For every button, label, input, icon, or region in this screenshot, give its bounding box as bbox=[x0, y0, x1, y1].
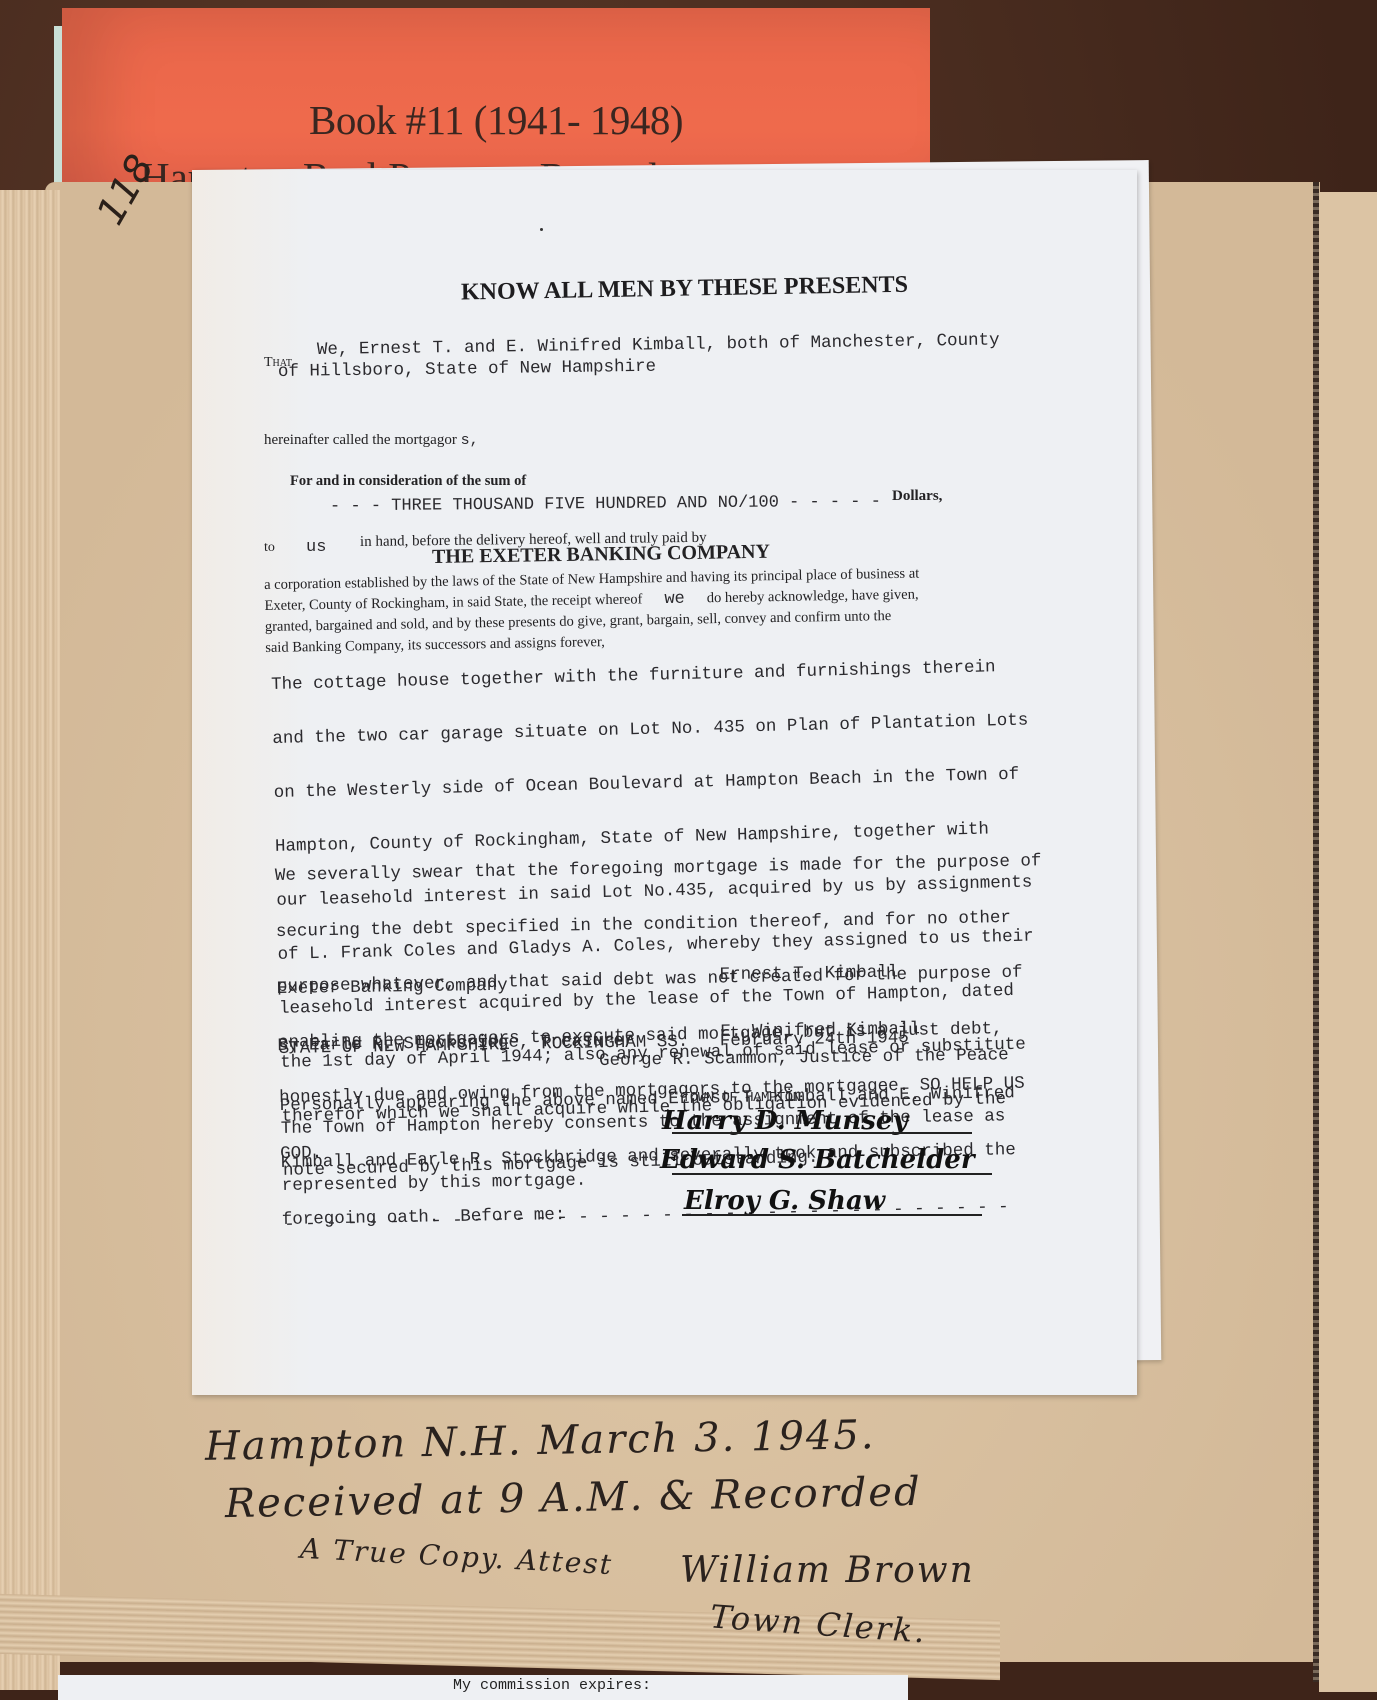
ack-state: STATE OF NEW HAMPSHIRE bbox=[279, 1035, 510, 1059]
book-page-right bbox=[1319, 192, 1377, 1692]
selectman-signature-3: Elroy G. Shaw bbox=[684, 1186, 885, 1216]
town-of-hampton-label: TOWN OF HAMPTON bbox=[682, 1090, 801, 1106]
underlying-sheet: My commission expires: bbox=[58, 1675, 908, 1700]
grantors-line-1: We, Ernest T. and E. Winifred Kimball, b… bbox=[317, 330, 1000, 360]
bank-name: THE EXETER BANKING COMPANY bbox=[432, 541, 770, 569]
property-line: and the two car garage situate on Lot No… bbox=[272, 711, 1028, 747]
signature-line bbox=[672, 1132, 972, 1134]
hereinafter-label: hereinafter called the mortgagor bbox=[264, 432, 457, 448]
property-line: on the Westerly side of Ocean Boulevard … bbox=[274, 765, 1030, 801]
divider-title: Book #11 (1941- 1948) bbox=[62, 96, 930, 144]
clerk-signature: William Brown bbox=[680, 1550, 975, 1591]
grantors-line-2: of Hillsboro, State of New Hampshire bbox=[278, 357, 656, 382]
to-value: us bbox=[306, 538, 326, 557]
oath-line: securing the debt specified in the condi… bbox=[276, 908, 1043, 941]
mortgagor-suffix: s, bbox=[461, 432, 479, 449]
signature-line bbox=[672, 1173, 992, 1175]
page-edges bbox=[0, 190, 60, 1690]
oath-line: We severally swear that the foregoing mo… bbox=[275, 852, 1042, 885]
signature-line bbox=[682, 1214, 982, 1216]
mortgage-document: KNOW ALL MEN BY THESE PRESENTS That We, … bbox=[192, 170, 1137, 1395]
selectman-signature-2: Edward S. Batchelder bbox=[660, 1145, 975, 1175]
consideration-label: For and in consideration of the sum of bbox=[290, 473, 526, 490]
property-line: The cottage house together with the furn… bbox=[271, 658, 1027, 694]
receipt-value: we bbox=[642, 589, 707, 609]
commission-text: My commission expires: bbox=[453, 1677, 651, 1694]
sum-amount: - - - THREE THOUSAND FIVE HUNDRED AND NO… bbox=[330, 493, 881, 517]
to-label: to bbox=[264, 540, 275, 556]
hereinafter-text: hereinafter called the mortgagor s, bbox=[264, 432, 479, 449]
bank-signatory-name: Exeter Banking Company bbox=[277, 975, 634, 999]
document-heading: KNOW ALL MEN BY THESE PRESENTS bbox=[192, 268, 1137, 311]
divider-edge bbox=[54, 26, 62, 206]
mortgagor-name: Ernest T. Kimball bbox=[720, 963, 920, 985]
corp-line-text: do hereby acknowledge, have given, bbox=[707, 587, 919, 607]
dot-mark bbox=[540, 228, 543, 231]
dollars-label: Dollars, bbox=[892, 488, 942, 505]
